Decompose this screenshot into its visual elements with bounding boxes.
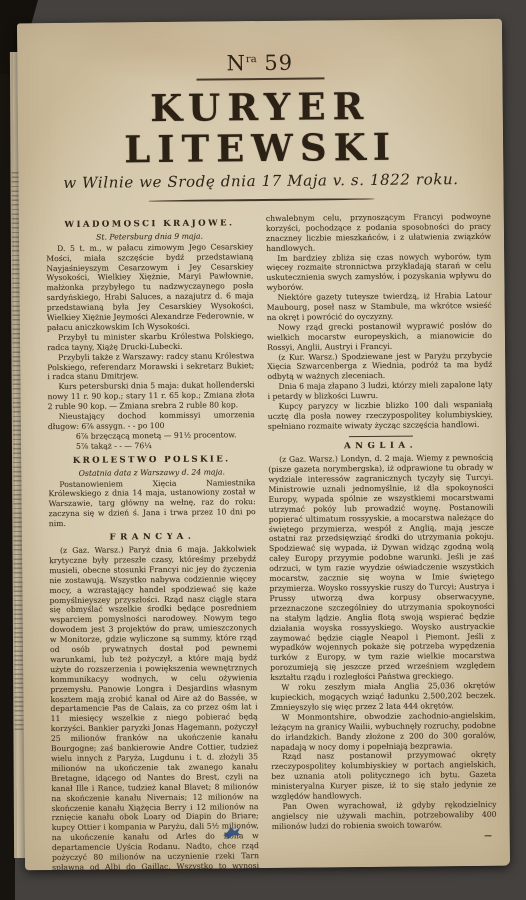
news-paragraph: Nieustający dochod kommissyi umorzenia d… <box>48 410 255 432</box>
news-paragraph: Dnia 6 maja złapano 3 ludzi, którzy miel… <box>267 380 492 402</box>
news-paragraph-continued: chwalebnym celu, przynoszącym Francyi po… <box>266 212 491 254</box>
section-heading-wiadomosci-krajowe: WIADOMOŚCI KRAJOWE. <box>46 219 253 231</box>
news-paragraph: (z Gaz. Warsz.) Londyn, d. 2 maja. Wiemy… <box>268 453 495 683</box>
section-heading-anglia: ANGLIA. <box>268 441 493 453</box>
news-paragraph: (z Gaz. Warsz.) Paryż dnia 6 maja. Jakko… <box>49 544 259 870</box>
issue-number: Nra 59 <box>17 49 502 78</box>
column-right: chwalebnym celu, przynoszącym Francyi po… <box>266 212 497 871</box>
news-paragraph: D. 5 t. m., w pałacu zimowym Jego Cesars… <box>46 242 254 333</box>
news-paragraph: Kupcy paryzcy w liczbie blizko 100 dali … <box>268 400 493 432</box>
news-paragraph-kurs: Kurs petersburski dnia 5 maja: dukat hol… <box>47 380 254 412</box>
news-paragraph: Przybyli także z Warszawy: radcy stanu K… <box>47 351 254 383</box>
issue-value: 59 <box>264 51 293 75</box>
news-paragraph: Im bardziey zbliża się czas nowych wybor… <box>266 251 491 293</box>
section-heading-krolestwo-polskie: KRÓLESTWO POLSKIE. <box>48 455 255 467</box>
column-end-mark: — <box>272 830 491 842</box>
news-paragraph: (z Kur. Warsz.) Spodziewane jest w Paryż… <box>267 350 492 382</box>
text-columns: WIADOMOŚCI KRAJOWE. St. Petersburg dnia … <box>19 199 510 871</box>
kurs-line: 5⅞ takąż - - — 76¼ <box>48 440 255 452</box>
issue-prefix: N <box>226 51 246 75</box>
newspaper-title: KURYER LITEWSKI <box>18 85 504 173</box>
news-paragraph: Przybył tu minister skarbu Królestwa Pol… <box>47 331 254 353</box>
section-heading-francya: FRANCYA. <box>49 532 256 544</box>
news-paragraph: Rząd nasz postanowił przyymować okręty r… <box>271 750 496 802</box>
issue-superscript: ra <box>246 54 257 65</box>
issue-rule <box>196 77 324 80</box>
news-paragraph: Nowy rząd grecki postanowił wyprawić pos… <box>267 321 492 353</box>
news-paragraph: Niektóre gazety tuteysze twierdzą, iż Hr… <box>267 291 492 323</box>
news-paragraph: Pan Owen wyrachował, iż gdyby rękodzieln… <box>271 800 496 832</box>
article-dateline-warszawa: Ostatnia data z Warszawy d. 24 maja. <box>48 467 255 479</box>
news-paragraph: W Monmontshire, obwodzie zachodnio-angie… <box>271 711 496 753</box>
masthead-dateline: w Wilnie we Srodę dnia 17 Maja v. s. 182… <box>18 170 503 193</box>
newspaper-page: Nra 59 KURYER LITEWSKI w Wilnie we Srodę… <box>17 19 510 871</box>
news-paragraph: W roku zeszłym miała Anglia 25,036 okręt… <box>270 681 495 713</box>
section-divider <box>348 435 412 437</box>
column-left: WIADOMOŚCI KRAJOWE. St. Petersburg dnia … <box>46 214 259 870</box>
news-paragraph: Postanowieniem Xięcia Namiestnika Królew… <box>48 478 255 530</box>
article-dateline-petersburg: St. Petersburg dnia 9 maja. <box>46 231 253 243</box>
